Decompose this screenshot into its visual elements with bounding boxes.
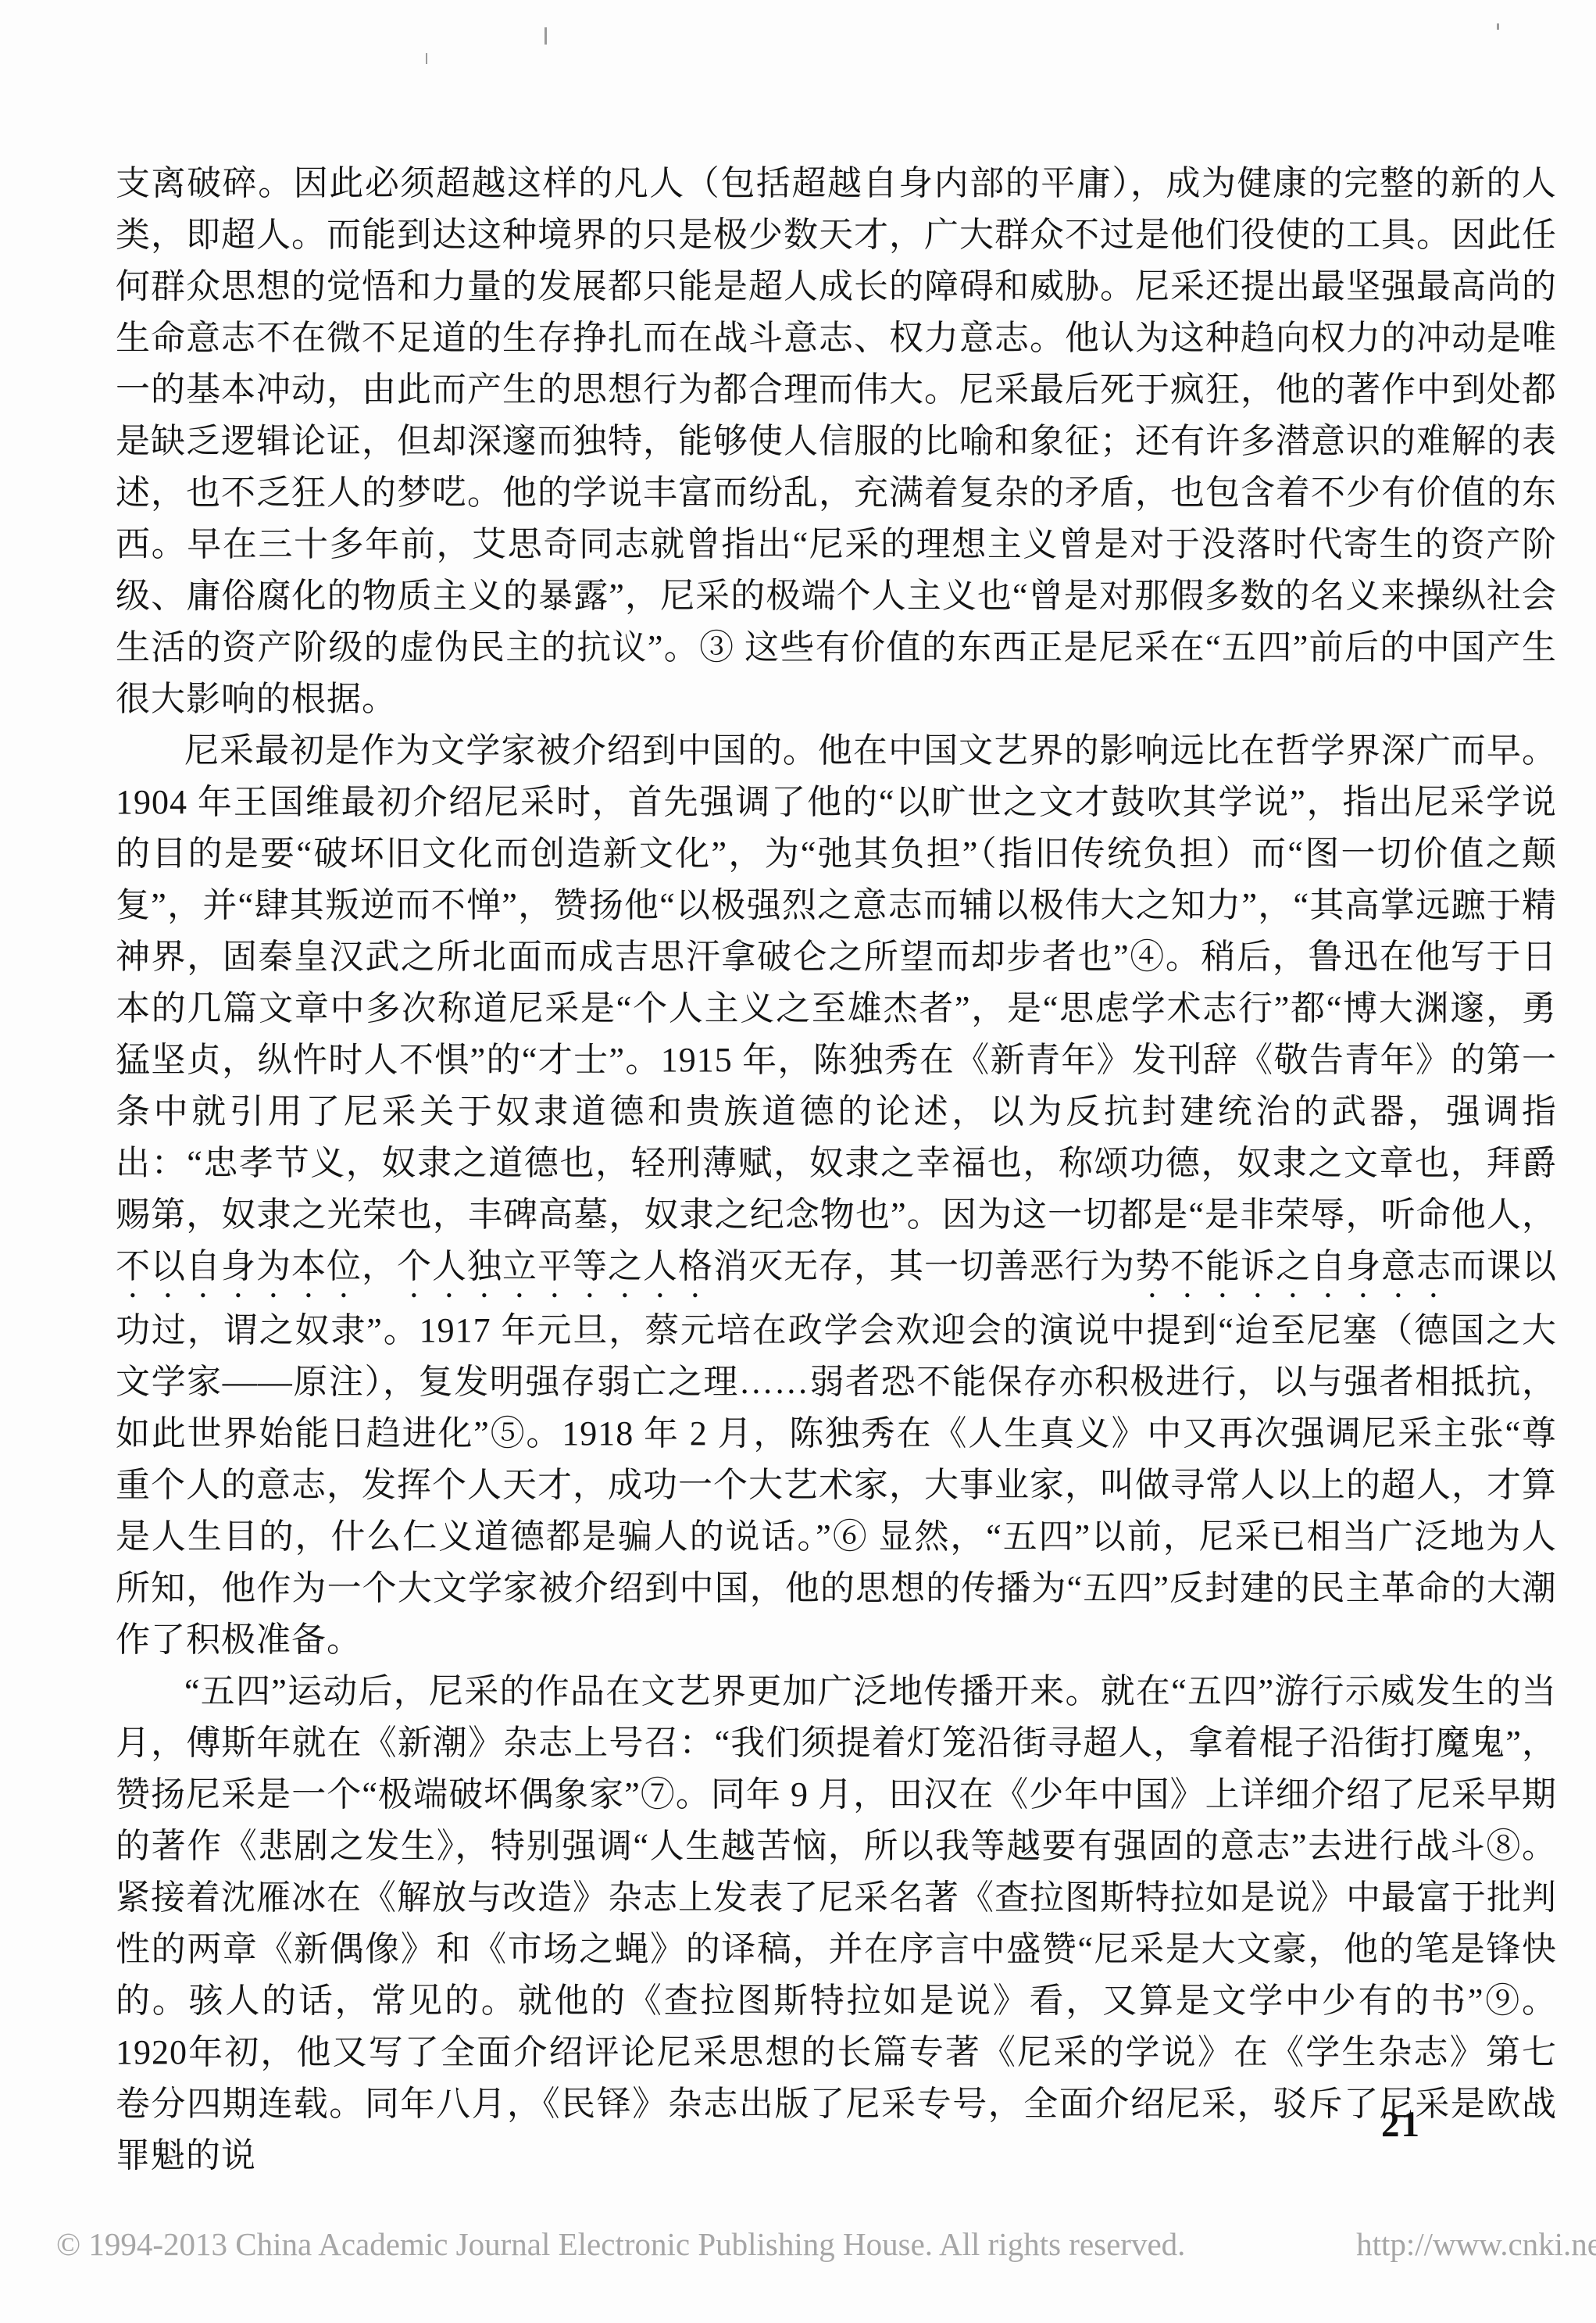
paragraph-text: 支离破碎。因此必须超越这样的凡人（包括超越自身内部的平庸），成为健康的完整的新的… <box>116 164 1557 718</box>
paragraph-text: 消灭无存，其一切善恶行为 <box>713 1247 1135 1285</box>
paragraph: 尼采最初是作为文学家被介绍到中国的。他在中国文艺界的影响远比在哲学界深广而早。1… <box>116 725 1557 1666</box>
paragraph-text: 而课以功过，谓之奴隶”。1917 年元旦，蔡元培在政学会欢迎会的演说中提到“迨至… <box>116 1247 1557 1659</box>
paragraph-text: 尼采最初是作为文学家被介绍到中国的。他在中国文艺界的影响远比在哲学界深广而早。1… <box>116 731 1557 1234</box>
scanned-journal-page: 支离破碎。因此必须超越这样的凡人（包括超越自身内部的平庸），成为健康的完整的新的… <box>0 0 1596 2323</box>
page-number: 21 <box>1381 2103 1421 2146</box>
scan-artifact <box>1497 23 1499 30</box>
emphasized-text: 不以自身为本位 <box>116 1247 362 1285</box>
article-body: 支离破碎。因此必须超越这样的凡人（包括超越自身内部的平庸），成为健康的完整的新的… <box>116 158 1557 2182</box>
scan-artifact <box>544 27 547 45</box>
paragraph: 支离破碎。因此必须超越这样的凡人（包括超越自身内部的平庸），成为健康的完整的新的… <box>116 158 1557 725</box>
paragraph-text: “五四”运动后，尼采的作品在文艺界更加广泛地传播开来。就在“五四”游行示威发生的… <box>116 1672 1557 2175</box>
cnki-url: http://www.cnki.ne <box>1356 2225 1596 2263</box>
paragraph-text: ， <box>362 1247 397 1285</box>
emphasized-text: 个人独立平等之人格 <box>397 1247 713 1285</box>
emphasized-text: 势不能诉之自身意志 <box>1135 1247 1451 1285</box>
paragraph: “五四”运动后，尼采的作品在文艺界更加广泛地传播开来。就在“五四”游行示威发生的… <box>116 1666 1557 2182</box>
copyright-text: © 1994-2013 China Academic Journal Elect… <box>56 2225 1185 2263</box>
scan-artifact <box>426 53 427 64</box>
copyright-footer: © 1994-2013 China Academic Journal Elect… <box>56 2225 1596 2263</box>
